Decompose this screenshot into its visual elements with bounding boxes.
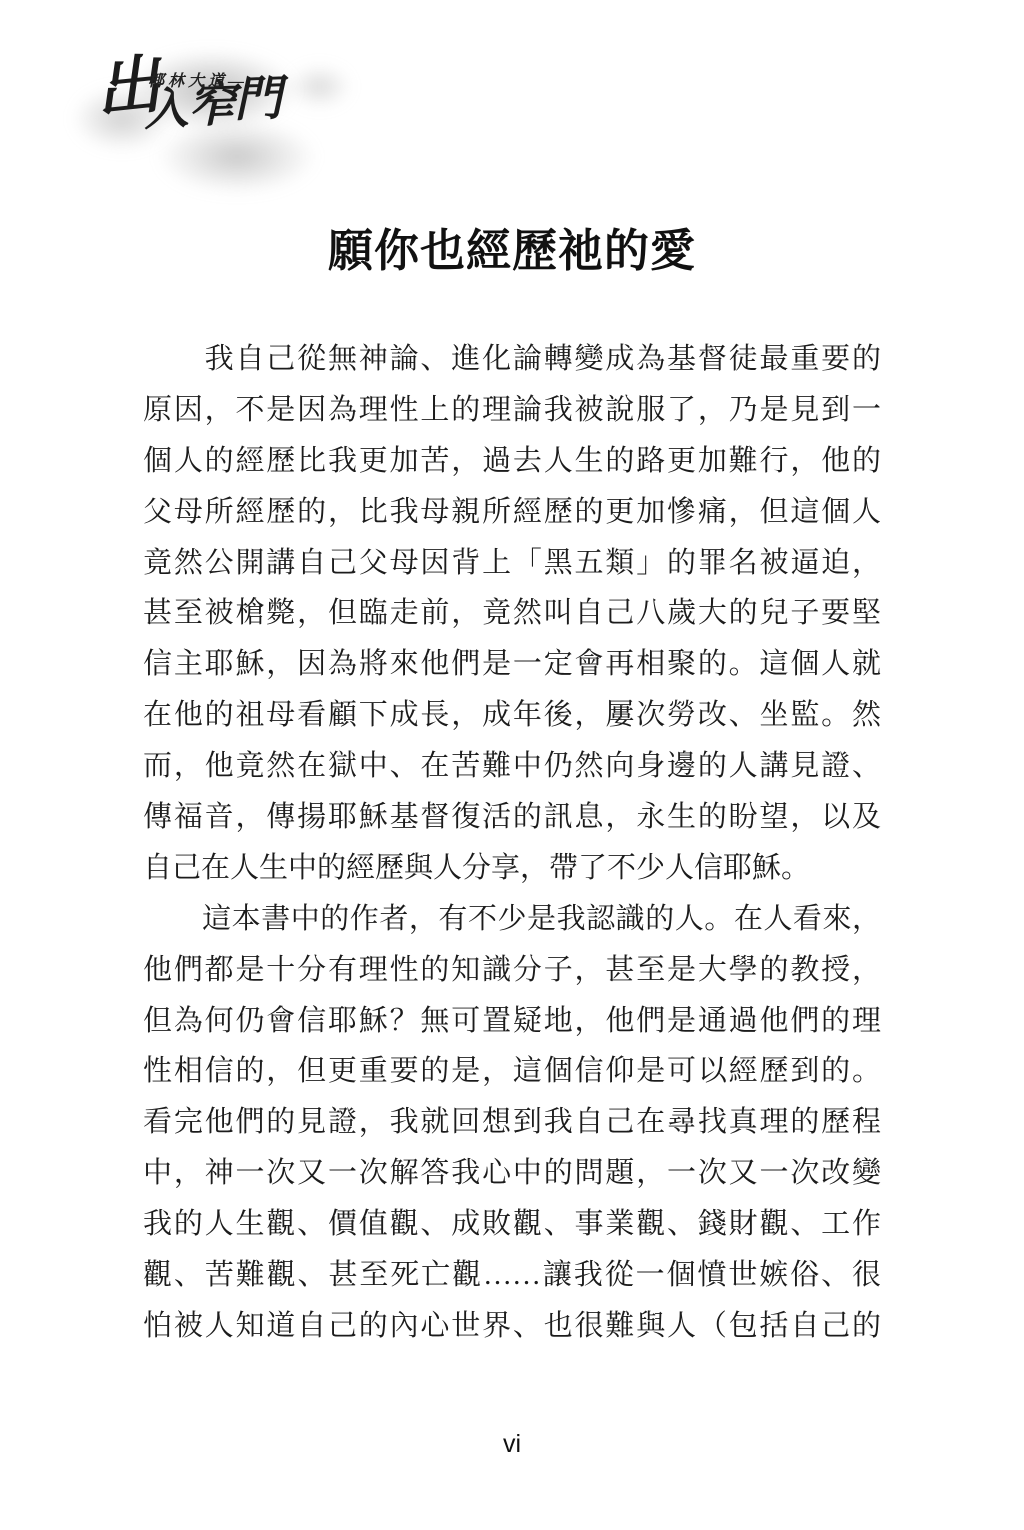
text-line: 怕被人知道自己的內心世界、也很難與人（包括自己的 (143, 1301, 881, 1352)
text-line: 他們都是十分有理性的知識分子，甚至是大學的教授， (143, 945, 881, 996)
text-line: 但為何仍會信耶穌？無可置疑地，他們是通過他們的理 (143, 996, 881, 1047)
page-number: vi (0, 1430, 1024, 1459)
book-logo: 出入窄門 椰林大道— (72, 34, 352, 189)
text-line: 原因，不是因為理性上的理論我被說服了，乃是見到一 (143, 385, 881, 436)
text-line: 這本書中的作者，有不少是我認識的人。在人看來， (143, 894, 881, 945)
text-line: 性相信的，但更重要的是，這個信仰是可以經歷到的。 (143, 1046, 881, 1097)
text-line: 竟然公開講自己父母因背上「黑五類」的罪名被逼迫， (143, 538, 881, 589)
text-line: 甚至被槍斃，但臨走前，竟然叫自己八歲大的兒子要堅 (143, 588, 881, 639)
text-line: 個人的經歷比我更加苦，過去人生的路更加難行，他的 (143, 436, 881, 487)
chapter-title: 願你也經歷祂的愛 (0, 214, 1024, 279)
text-line: 傳福音，傳揚耶穌基督復活的訊息，永生的盼望，以及 (143, 792, 881, 843)
text-line: 而，他竟然在獄中、在苦難中仍然向身邊的人講見證、 (143, 741, 881, 792)
book-title-calligraphy: 出入窄門 (72, 34, 352, 189)
text-line: 在他的祖母看顧下成長，成年後，屢次勞改、坐監。然 (143, 690, 881, 741)
text-line: 觀、苦難觀、甚至死亡觀……讓我從一個憤世嫉俗、很 (143, 1250, 881, 1301)
calligraphy-char: 入 (143, 87, 189, 133)
text-line: 看完他們的見證，我就回想到我自己在尋找真理的歷程 (143, 1097, 881, 1148)
text-line: 我的人生觀、價值觀、成敗觀、事業觀、錢財觀、工作 (143, 1199, 881, 1250)
text-line: 自己在人生中的經歷與人分享，帶了不少人信耶穌。 (143, 843, 881, 894)
text-line: 我自己從無神論、進化論轉變成為基督徒最重要的 (143, 334, 881, 385)
text-line: 父母所經歷的，比我母親所經歷的更加慘痛，但這個人 (143, 487, 881, 538)
series-title: 椰林大道— (148, 68, 248, 91)
text-line: 信主耶穌，因為將來他們是一定會再相聚的。這個人就 (143, 639, 881, 690)
body-text: 我自己從無神論、進化論轉變成為基督徒最重要的原因，不是因為理性上的理論我被說服了… (143, 334, 881, 1352)
text-line: 中，神一次又一次解答我心中的問題，一次又一次改變 (143, 1148, 881, 1199)
book-page: 出入窄門 椰林大道— 願你也經歷祂的愛 我自己從無神論、進化論轉變成為基督徒最重… (0, 0, 1024, 1530)
